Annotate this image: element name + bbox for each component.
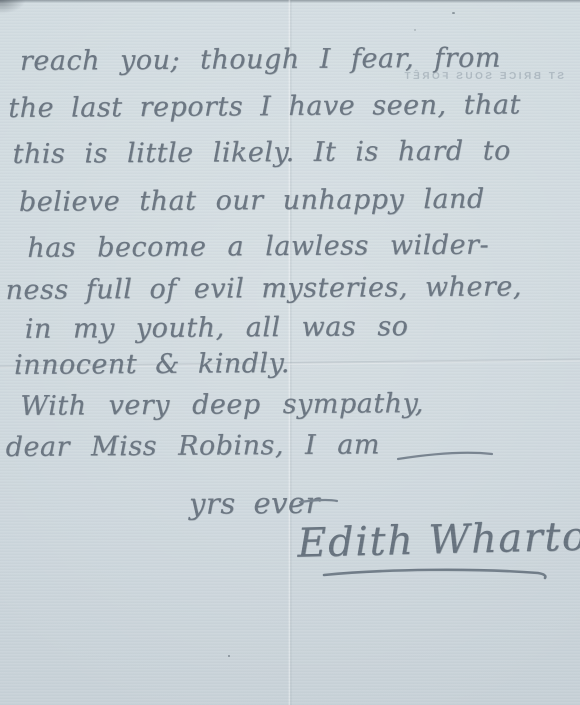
signature: Edith Wharton [297,513,580,567]
handwritten-line: innocent & kindly. [14,348,290,381]
handwritten-line: reach you; though I fear, from [20,43,501,77]
paper-speck [452,12,455,14]
letter-photograph: ST BRICE SOUS FORÊT reach you; though I … [0,0,580,705]
paper-speck [414,29,416,31]
handwritten-line: believe that our unhappy land [19,184,485,218]
handwritten-line: in my youth, all was so [25,311,409,345]
handwritten-line: this is little likely. It is hard to [13,135,511,169]
handwritten-line: ness full of evil mysteries, where, [5,271,522,306]
handwritten-line: yrs ever [189,486,320,521]
handwritten-line: the last reports I have seen, that [8,89,521,124]
handwritten-line: dear Miss Robins, I am [6,429,381,463]
handwritten-line: has become a lawless wilder- [27,230,489,264]
handwritten-line: With very deep sympathy, [20,388,424,422]
handwriting-block: reach you; though I fear, from the last … [0,0,580,705]
paper-speck [228,655,230,657]
